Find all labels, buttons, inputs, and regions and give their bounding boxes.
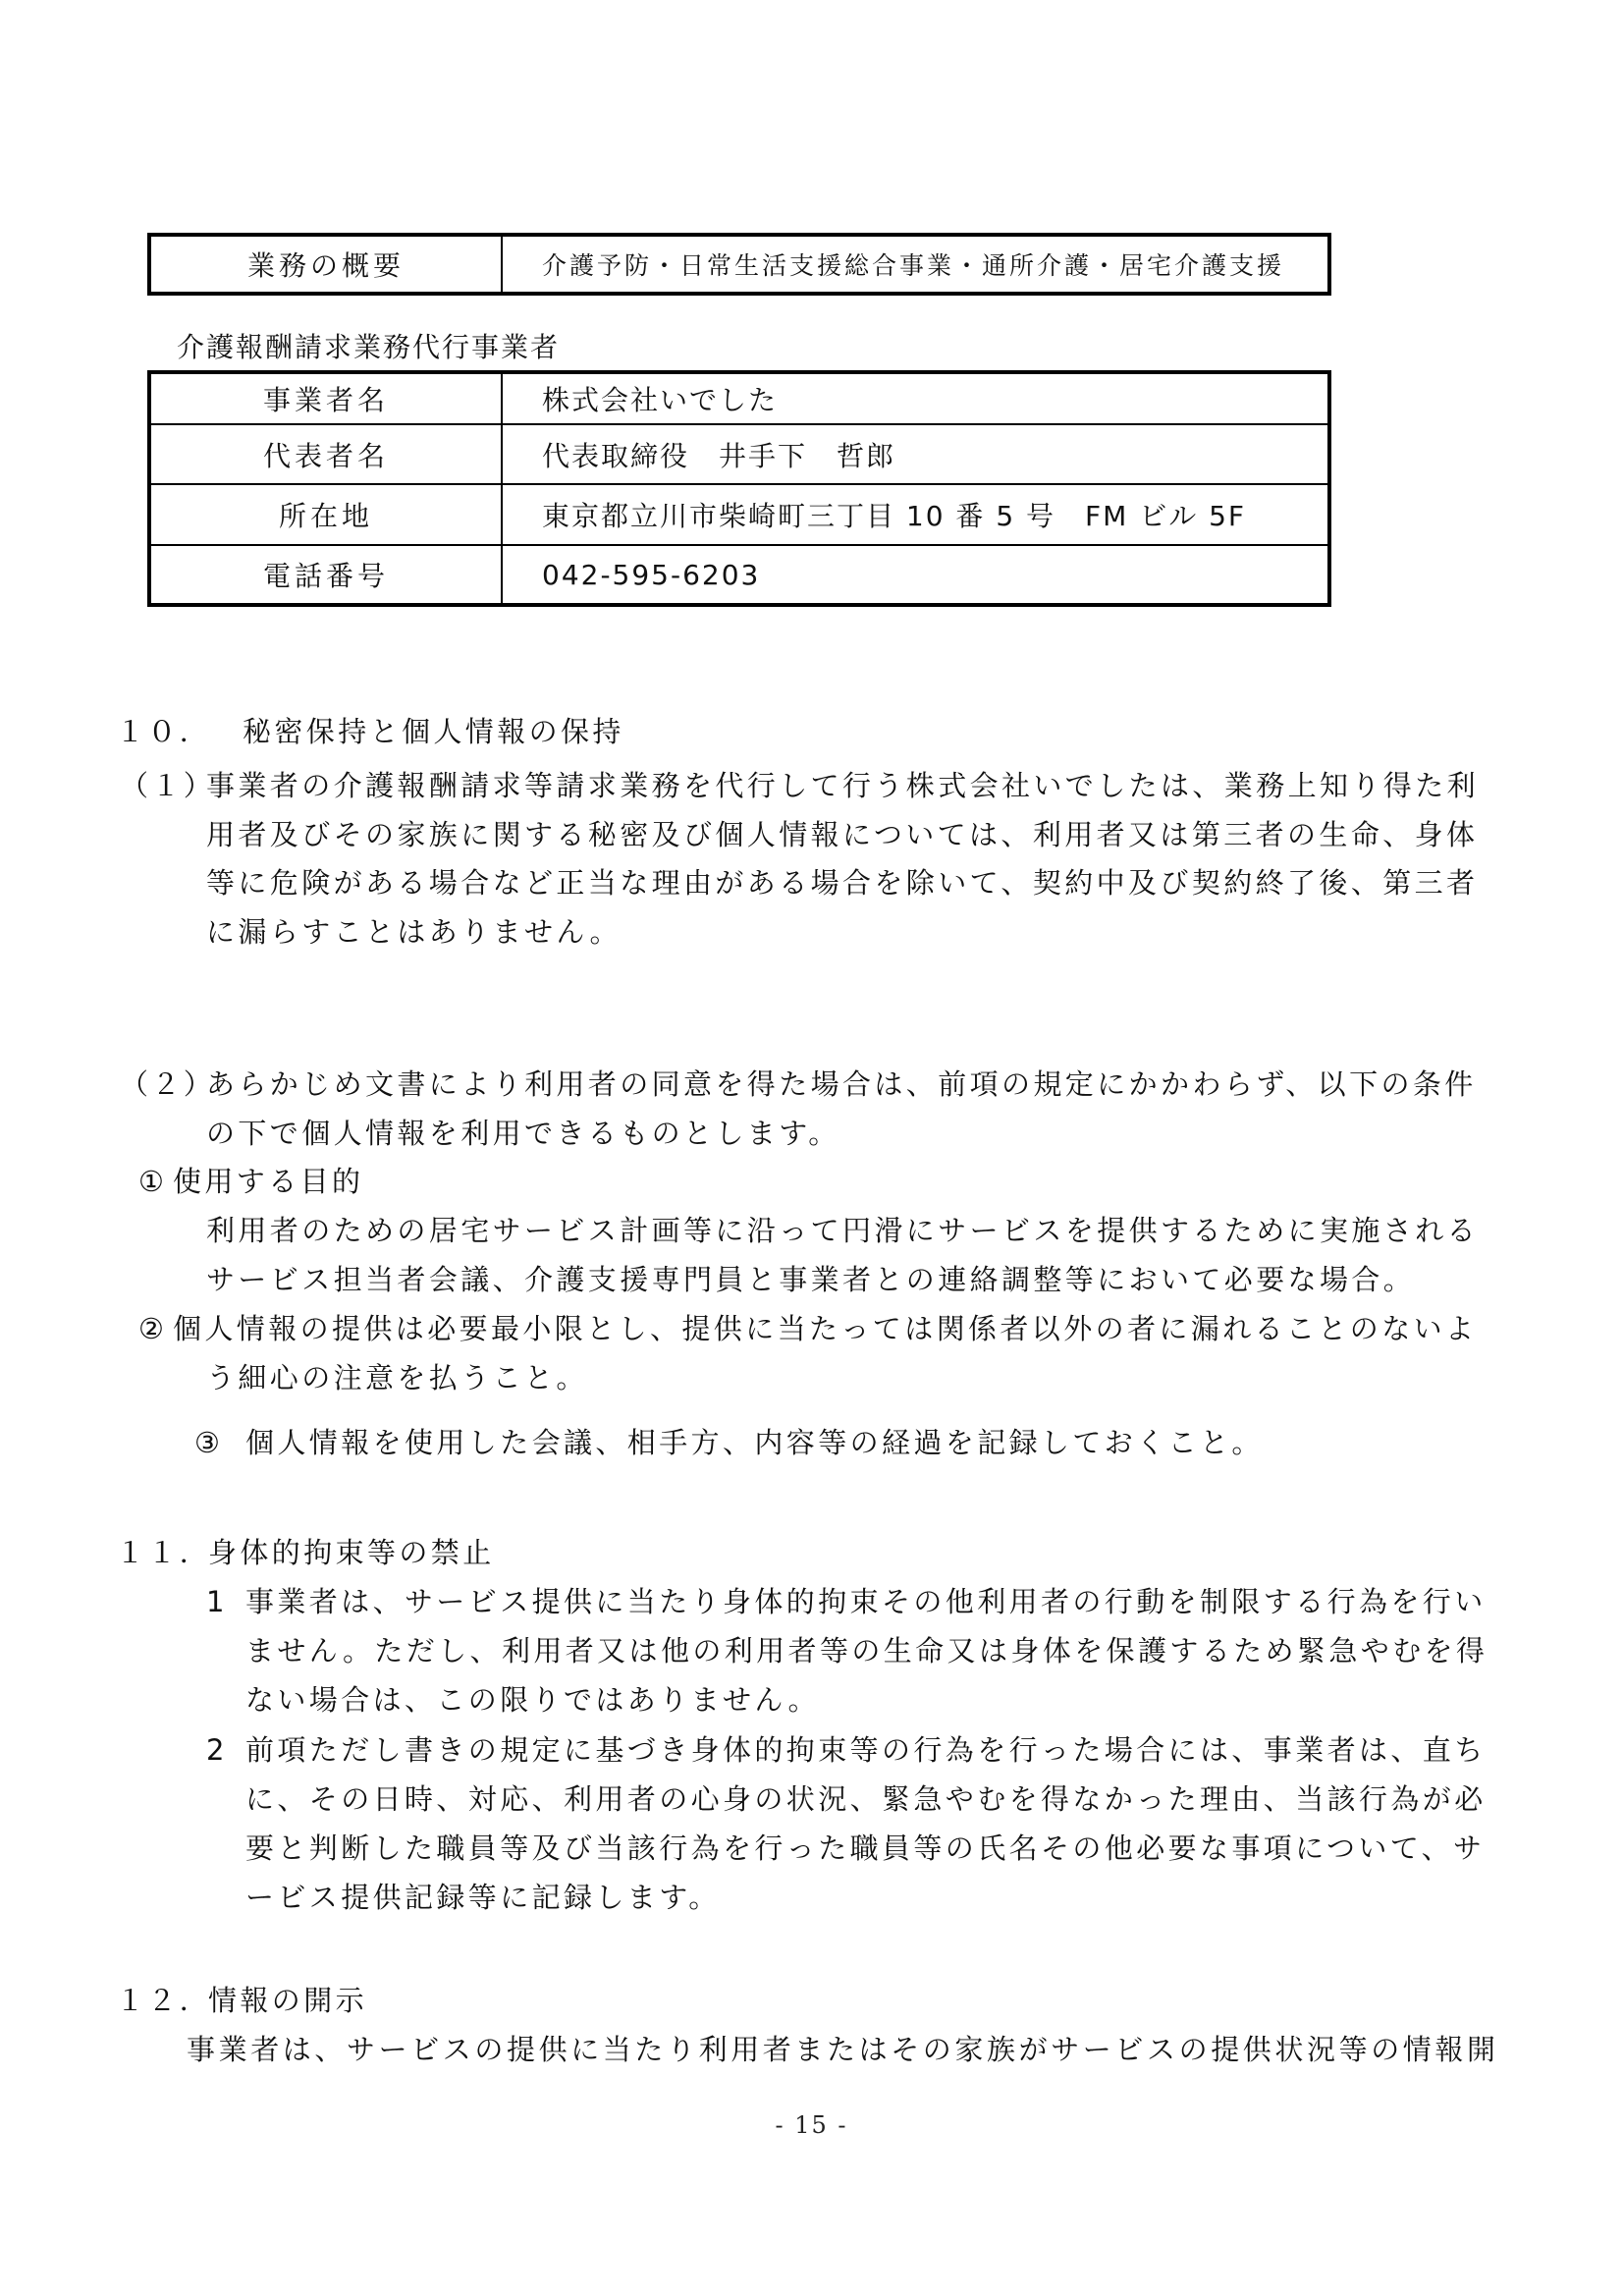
sub-item-2-marker: ②	[138, 1312, 166, 1345]
sub-item-3-marker: ③	[194, 1426, 223, 1459]
section-12-number: １２．	[116, 1984, 211, 2017]
overview-value-cell: 介護予防・日常生活支援総合事業・通所介護・居宅介護支援	[502, 235, 1329, 294]
paragraph-line: 事業者は、サービスの提供に当たり利用者またはその家族がサービスの提供状況等の情報…	[187, 2033, 1499, 2066]
agent-section-title: 介護報酬請求業務代行事業者	[177, 331, 560, 364]
paragraph-line: 利用者のための居宅サービス計画等に沿って円滑にサービスを提供するために実施される	[206, 1214, 1479, 1247]
paragraph-line: 事業者の介護報酬請求等請求業務を代行して行う株式会社いでしたは、業務上知り得た利	[206, 769, 1479, 802]
paragraph-line: に漏らすことはありません。	[206, 915, 622, 949]
paragraph-line: 等に危険がある場合など正当な理由がある場合を除いて、契約中及び契約終了後、第三者	[206, 866, 1478, 900]
table-row: 電話番号 042-595-6203	[149, 545, 1329, 605]
row-label-company: 事業者名	[149, 372, 502, 424]
section-11-title: 身体的拘束等の禁止	[208, 1536, 495, 1569]
row-value-representative: 代表取締役 井手下 哲郎	[502, 424, 1329, 484]
paragraph-line: う細心の注意を払うこと。	[206, 1361, 588, 1394]
paragraph-line: に、その日時、対応、利用者の心身の状況、緊急やむを得なかった理由、当該行為が必	[245, 1782, 1487, 1816]
section-10-number: １０．	[116, 715, 211, 748]
item-2-marker: （２）	[120, 1067, 215, 1101]
paragraph-line: ない場合は、この限りではありません。	[245, 1683, 820, 1717]
row-value-address: 東京都立川市柴崎町三丁目 10 番 5 号 FM ビル 5F	[502, 484, 1329, 545]
table-row: 業務の概要 介護予防・日常生活支援総合事業・通所介護・居宅介護支援	[149, 235, 1329, 294]
paragraph-line: 要と判断した職員等及び当該行為を行った職員等の氏名その他必要な事項について、サ	[245, 1831, 1485, 1865]
row-label-phone: 電話番号	[149, 545, 502, 605]
paragraph-line: あらかじめ文書により利用者の同意を得た場合は、前項の規定にかかわらず、以下の条件	[206, 1067, 1477, 1101]
billing-agent-table: 事業者名 株式会社いでした 代表者名 代表取締役 井手下 哲郎 所在地 東京都立…	[147, 370, 1331, 607]
overview-label-cell: 業務の概要	[149, 235, 502, 294]
business-overview-table: 業務の概要 介護予防・日常生活支援総合事業・通所介護・居宅介護支援	[147, 233, 1331, 296]
page-number: - 15 -	[0, 2111, 1623, 2139]
table-row: 事業者名 株式会社いでした	[149, 372, 1329, 424]
sub-item-1-title: 使用する目的	[173, 1165, 363, 1198]
paragraph-line: 前項ただし書きの規定に基づき身体的拘束等の行為を行った場合には、事業者は、直ち	[245, 1733, 1487, 1767]
item-2-marker: 2	[206, 1733, 228, 1767]
row-value-phone: 042-595-6203	[502, 545, 1329, 605]
paragraph-line: 事業者は、サービス提供に当たり身体的拘束その他利用者の行動を制限する行為を行い	[245, 1585, 1487, 1618]
row-label-address: 所在地	[149, 484, 502, 545]
paragraph-line: ません。ただし、利用者又は他の利用者等の生命又は身体を保護するため緊急やむを得	[245, 1634, 1488, 1667]
row-label-representative: 代表者名	[149, 424, 502, 484]
table-row: 所在地 東京都立川市柴崎町三丁目 10 番 5 号 FM ビル 5F	[149, 484, 1329, 545]
item-1-marker: （１）	[120, 769, 215, 802]
paragraph-line: ービス提供記録等に記録します。	[245, 1881, 721, 1914]
paragraph-line: 用者及びその家族に関する秘密及び個人情報については、利用者又は第三者の生命、身体	[206, 818, 1478, 851]
sub-item-1-marker: ①	[138, 1165, 166, 1198]
row-value-company: 株式会社いでした	[502, 372, 1329, 424]
paragraph-line: の下で個人情報を利用できるものとします。	[206, 1117, 840, 1150]
section-10-title: 秘密保持と個人情報の保持	[243, 715, 624, 748]
paragraph-line: 個人情報を使用した会議、相手方、内容等の経過を記録しておくこと。	[245, 1426, 1264, 1459]
paragraph-line: サービス担当者会議、介護支援専門員と事業者との連絡調整等において必要な場合。	[206, 1263, 1415, 1296]
section-12-title: 情報の開示	[208, 1984, 367, 2017]
paragraph-line: 個人情報の提供は必要最小限とし、提供に当たっては関係者以外の者に漏れることのない…	[173, 1312, 1477, 1345]
table-row: 代表者名 代表取締役 井手下 哲郎	[149, 424, 1329, 484]
item-1-marker: 1	[206, 1585, 228, 1618]
section-11-number: １１．	[116, 1536, 211, 1569]
